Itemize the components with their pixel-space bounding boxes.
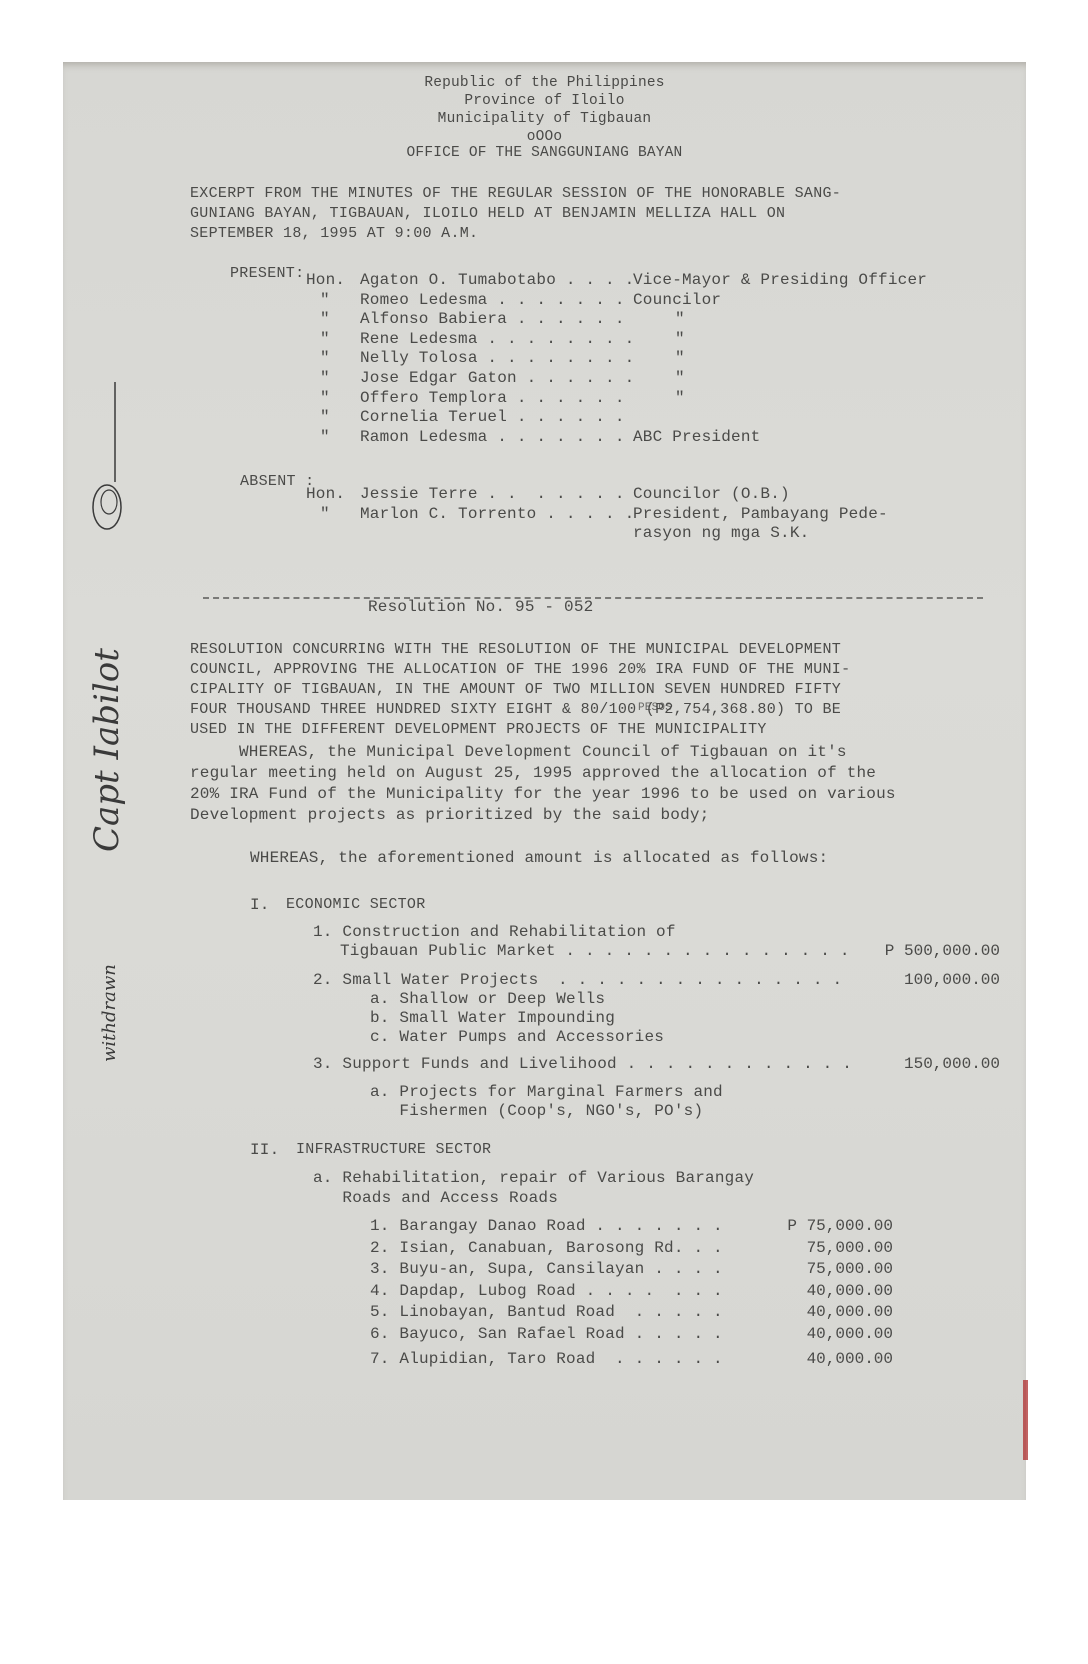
road-item: 1. Barangay Danao Road . . . . . . . <box>370 1216 723 1236</box>
member-position: " <box>675 388 685 408</box>
infrastructure-sub-a-line-2: Roads and Access Roads <box>313 1188 558 1208</box>
road-amount: 75,000.00 <box>807 1259 893 1279</box>
road-amount: 40,000.00 <box>807 1302 893 1322</box>
economic-item-1-amount: P 500,000.00 <box>885 941 1000 961</box>
member-name: Jessie Terre . . . . . . . <box>360 484 625 504</box>
member-name: Jose Edgar Gaton . . . . . . <box>360 368 634 388</box>
whereas-clause-2: WHEREAS, the aforementioned amount is al… <box>250 848 828 868</box>
member-prefix: Hon. <box>306 270 345 290</box>
member-prefix: " <box>320 290 330 310</box>
excerpt-line-3: SEPTEMBER 18, 1995 AT 9:00 A.M. <box>190 224 478 244</box>
header-office: OFFICE OF THE SANGGUNIANG BAYAN <box>63 144 1026 163</box>
road-amount: 75,000.00 <box>807 1238 893 1258</box>
member-position: " <box>675 309 685 329</box>
road-item: 6. Bayuco, San Rafael Road . . . . . <box>370 1324 723 1344</box>
member-prefix: " <box>320 309 330 329</box>
member-position: Vice-Mayor & Presiding Officer <box>633 270 927 290</box>
resolution-title-line: COUNCIL, APPROVING THE ALLOCATION OF THE… <box>190 660 850 680</box>
road-item: 5. Linobayan, Bantud Road . . . . . <box>370 1302 723 1322</box>
economic-heading-num: I. <box>250 895 270 915</box>
absent-label: ABSENT : <box>240 472 314 492</box>
road-item: 4. Dapdap, Lubog Road . . . . . . . <box>370 1281 723 1301</box>
economic-item-3-label: 3. Support Funds and Livelihood . . . . … <box>313 1054 852 1074</box>
member-name: Romeo Ledesma . . . . . . . <box>360 290 625 310</box>
member-position: ABC President <box>633 427 760 447</box>
economic-heading: ECONOMIC SECTOR <box>286 895 426 915</box>
header-municipality: Municipality of Tigbauan <box>63 110 1026 129</box>
whereas-line: 20% IRA Fund of the Municipality for the… <box>190 784 896 804</box>
economic-subitem: c. Water Pumps and Accessories <box>370 1027 664 1047</box>
document-page: Republic of the Philippines Province of … <box>63 62 1026 1500</box>
member-position: " <box>675 368 685 388</box>
member-name: Offero Templora . . . . . . <box>360 388 625 408</box>
economic-item-1-label: Tigbauan Public Market . . . . . . . . .… <box>340 941 850 961</box>
member-prefix: " <box>320 427 330 447</box>
member-prefix: " <box>320 368 330 388</box>
overstrike-pesos: PESOS <box>638 698 672 718</box>
road-amount: 40,000.00 <box>807 1324 893 1344</box>
road-item: 7. Alupidian, Taro Road . . . . . . <box>370 1349 723 1369</box>
road-amount: 40,000.00 <box>807 1349 893 1369</box>
member-name: Ramon Ledesma . . . . . . . <box>360 427 625 447</box>
member-position: " <box>675 348 685 368</box>
member-prefix: " <box>320 329 330 349</box>
member-position: " <box>675 329 685 349</box>
road-amount: P 75,000.00 <box>787 1216 893 1236</box>
resolution-title-line: CIPALITY OF TIGBAUAN, IN THE AMOUNT OF T… <box>190 680 841 700</box>
margin-signature: Capt Iabilot <box>87 648 127 852</box>
member-position-cont: rasyon ng mga S.K. <box>633 523 809 543</box>
economic-item-1-line-1: 1. Construction and Rehabilitation of <box>313 922 676 942</box>
whereas-line: Development projects as prioritized by t… <box>190 805 709 825</box>
member-prefix: " <box>320 348 330 368</box>
member-prefix: Hon. <box>306 484 345 504</box>
road-item: 3. Buyu-an, Supa, Cansilayan . . . . <box>370 1259 723 1279</box>
member-position: Councilor (O.B.) <box>633 484 790 504</box>
member-name: Alfonso Babiera . . . . . . <box>360 309 625 329</box>
resolution-number: Resolution No. 95 - 052 <box>368 597 593 617</box>
present-label: PRESENT: <box>230 264 304 284</box>
economic-subitem: Fishermen (Coop's, NGO's, PO's) <box>370 1101 703 1121</box>
member-prefix: " <box>320 504 330 524</box>
road-item: 2. Isian, Canabuan, Barosong Rd. . . <box>370 1238 723 1258</box>
resolution-title-line: FOUR THOUSAND THREE HUNDRED SIXTY EIGHT … <box>190 700 841 720</box>
member-position: Councilor <box>633 290 721 310</box>
economic-item-3-amount: 150,000.00 <box>904 1054 1000 1074</box>
member-position: President, Pambayang Pede- <box>633 504 888 524</box>
whereas-line: regular meeting held on August 25, 1995 … <box>190 763 876 783</box>
economic-item-2-amount: 100,000.00 <box>904 970 1000 990</box>
excerpt-line-2: GUNIANG BAYAN, TIGBAUAN, ILOILO HELD AT … <box>190 204 785 224</box>
economic-item-2-label: 2. Small Water Projects . . . . . . . . … <box>313 970 842 990</box>
member-prefix: " <box>320 407 330 427</box>
resolution-title-line: RESOLUTION CONCURRING WITH THE RESOLUTIO… <box>190 640 841 660</box>
member-name: Rene Ledesma . . . . . . . . <box>360 329 634 349</box>
member-name: Cornelia Teruel . . . . . . <box>360 407 625 427</box>
economic-subitem: a. Shallow or Deep Wells <box>370 989 605 1009</box>
excerpt-line-1: EXCERPT FROM THE MINUTES OF THE REGULAR … <box>190 184 841 204</box>
infrastructure-heading: INFRASTRUCTURE SECTOR <box>296 1140 491 1160</box>
member-name: Marlon C. Torrento . . . . . <box>360 504 634 524</box>
resolution-title-line: USED IN THE DIFFERENT DEVELOPMENT PROJEC… <box>190 720 767 740</box>
infrastructure-sub-a-line-1: a. Rehabilitation, repair of Various Bar… <box>313 1168 754 1188</box>
margin-note-withdrawn: withdrawn <box>99 964 120 1062</box>
road-amount: 40,000.00 <box>807 1281 893 1301</box>
header-republic: Republic of the Philippines <box>63 74 1026 93</box>
whereas-line: WHEREAS, the Municipal Development Counc… <box>190 742 847 762</box>
infrastructure-heading-num: II. <box>250 1140 279 1160</box>
member-name: Nelly Tolosa . . . . . . . . <box>360 348 634 368</box>
member-name: Agaton O. Tumabotabo . . . . <box>360 270 634 290</box>
member-prefix: " <box>320 388 330 408</box>
header-province: Province of Iloilo <box>63 92 1026 111</box>
economic-subitem: b. Small Water Impounding <box>370 1008 615 1028</box>
signature-flourish-icon <box>85 382 125 562</box>
economic-subitem: a. Projects for Marginal Farmers and <box>370 1082 723 1102</box>
